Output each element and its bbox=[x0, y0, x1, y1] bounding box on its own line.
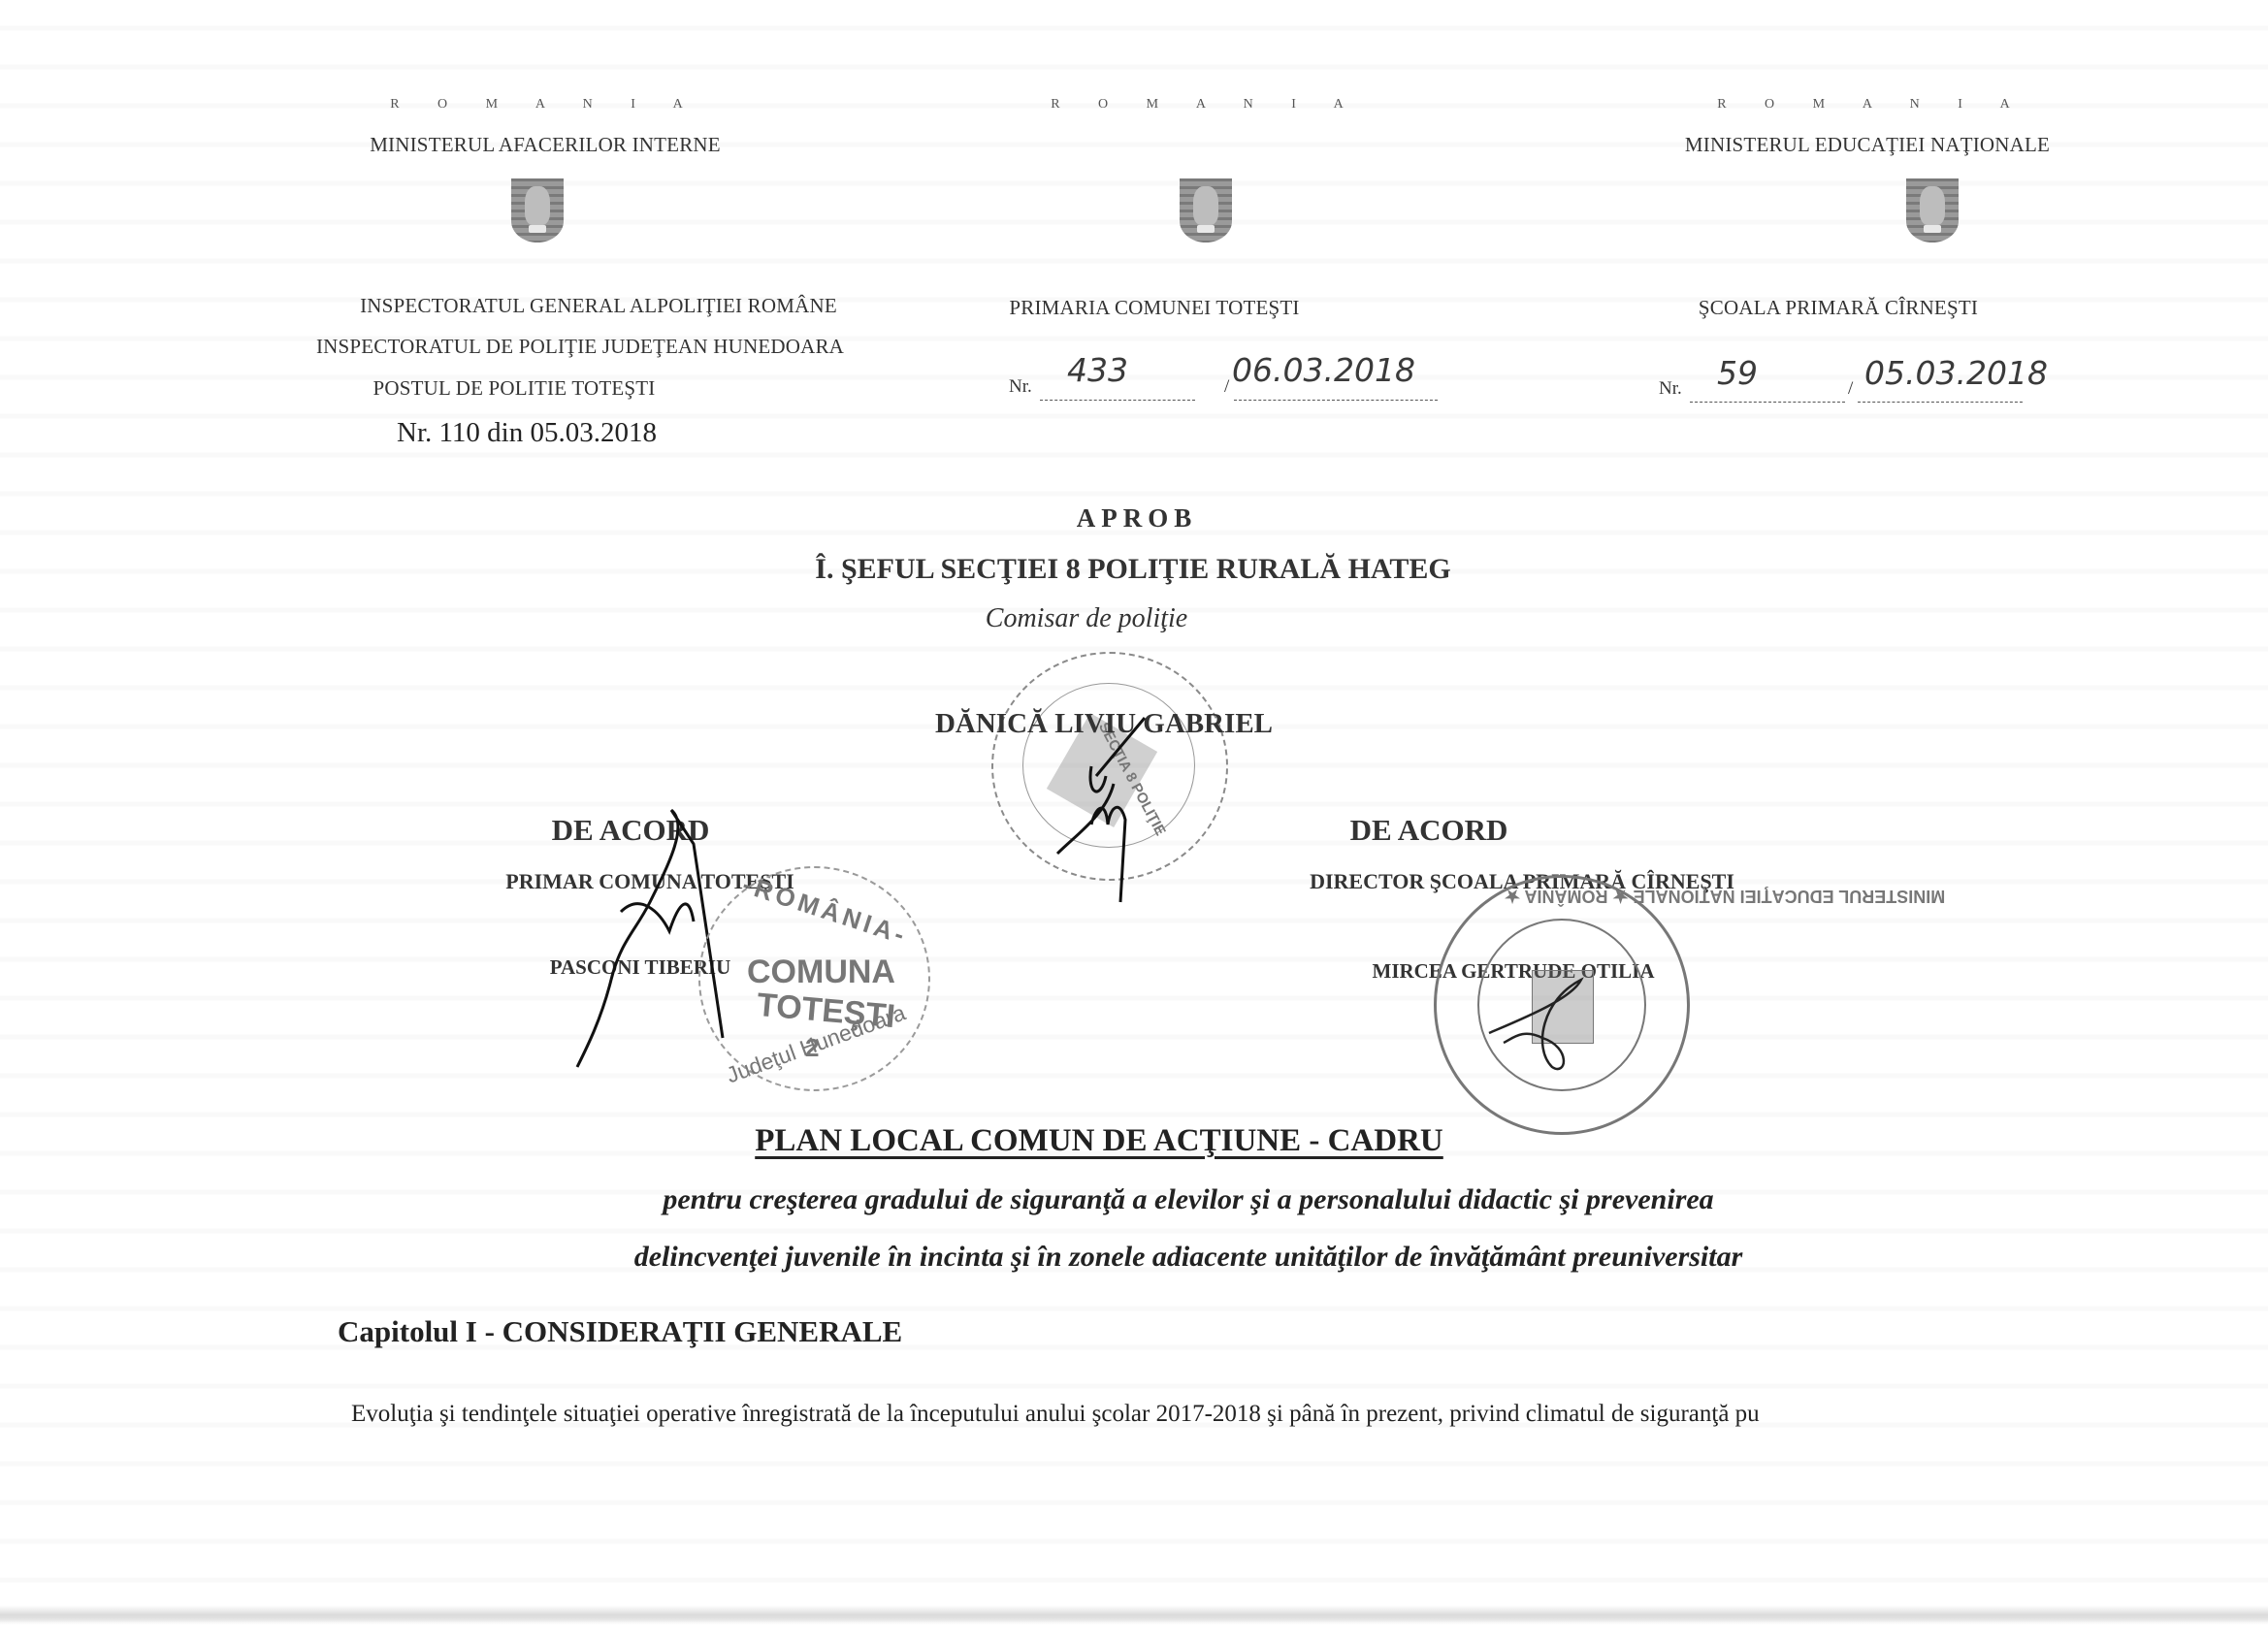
plan-title: PLAN LOCAL COMUN DE ACŢIUNE - CADRU bbox=[755, 1123, 1443, 1159]
right-date-handwritten: 05.03.2018 bbox=[1864, 354, 2048, 392]
romanian-coat-of-arms-icon bbox=[1906, 178, 1959, 242]
center-separator: / bbox=[1224, 376, 1229, 398]
right-date-underline bbox=[1858, 402, 2023, 403]
left-ministry: MINISTERUL AFACERILOR INTERNE bbox=[370, 133, 721, 157]
right-nr-handwritten: 59 bbox=[1717, 354, 1758, 392]
right-nr-underline bbox=[1690, 402, 1845, 403]
left-inspectorate-general: INSPECTORATUL GENERAL ALPOLIŢIEI ROMÂNE bbox=[360, 294, 837, 318]
center-date-handwritten: 06.03.2018 bbox=[1232, 351, 1415, 389]
center-date-underline bbox=[1234, 400, 1438, 401]
center-nr-label: Nr. bbox=[1009, 376, 1032, 398]
chapter-paragraph: Evoluţia şi tendinţele situaţiei operati… bbox=[351, 1401, 1760, 1428]
center-nr-underline bbox=[1040, 400, 1195, 401]
chapter-heading: Capitolul I - CONSIDERAŢII GENERALE bbox=[338, 1314, 902, 1349]
romanian-coat-of-arms-icon bbox=[1180, 178, 1232, 242]
approval-title: Î. ŞEFUL SECŢIEI 8 POLIŢIE RURALĂ HATEG bbox=[815, 553, 1450, 586]
left-registration-number: Nr. 110 din 05.03.2018 bbox=[397, 417, 657, 449]
page-edge-shadow bbox=[0, 1605, 2268, 1625]
center-institution: PRIMARIA COMUNEI TOTEŞTI bbox=[1009, 296, 1299, 320]
plan-subtitle-line1: pentru creşterea gradului de siguranţă a… bbox=[663, 1183, 1713, 1216]
right-separator: / bbox=[1848, 378, 1853, 400]
romanian-coat-of-arms-icon bbox=[511, 178, 564, 242]
agreement-right-heading: DE ACORD bbox=[1350, 813, 1508, 848]
left-police-post: POSTUL DE POLITIE TOTEŞTI bbox=[373, 376, 655, 401]
approval-heading: APROB bbox=[1077, 503, 1198, 533]
plan-subtitle-line2: delincvenţei juvenile în incinta şi în z… bbox=[634, 1241, 1743, 1274]
right-nr-label: Nr. bbox=[1659, 378, 1682, 400]
right-institution: ŞCOALA PRIMARĂ CÎRNEŞTI bbox=[1699, 296, 1978, 320]
center-country-heading: R O M A N I A bbox=[1051, 97, 1361, 113]
left-inspectorate-county: INSPECTORATUL DE POLIŢIE JUDEŢEAN HUNEDO… bbox=[316, 335, 844, 359]
left-country-heading: R O M A N I A bbox=[390, 97, 700, 113]
right-ministry: MINISTERUL EDUCAŢIEI NAŢIONALE bbox=[1685, 133, 2050, 157]
approval-rank: Comisar de poliţie bbox=[986, 603, 1187, 634]
approver-signature bbox=[1038, 708, 1174, 902]
right-country-heading: R O M A N I A bbox=[1717, 97, 2027, 113]
director-signature bbox=[1484, 970, 1620, 1086]
commune-stamp: -ROMÂNIA- COMUNA TOTEŞTI 2 Judeţul Huned… bbox=[698, 866, 930, 1091]
center-nr-handwritten: 433 bbox=[1067, 351, 1128, 389]
